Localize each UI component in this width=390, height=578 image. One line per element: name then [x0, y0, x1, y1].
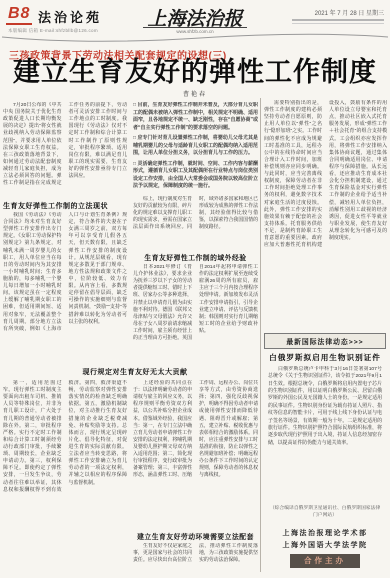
- article-intro-text: 7月20日公布的《中共中央 国务院关于优化生育政策促进人口长期均衡发展的决定》提…: [3, 102, 127, 196]
- article-byline: 曹艳春: [0, 89, 390, 98]
- news-headline: 白俄罗斯拟启用生物识别证件: [264, 352, 386, 363]
- news-body-text: 白俄罗斯总统卢卡申科于3月16日签署第107号总统令《关于生物识别证件》，该令拟…: [268, 366, 382, 500]
- org-line-newspaper-dept: 上海法治报理论学术部: [264, 528, 386, 538]
- publication-date: 2021 年 7 月 28 日 星期三: [315, 8, 384, 17]
- column-divider-rule: [260, 98, 261, 572]
- article-headline: 建立生育友好的弹性工作制度: [0, 59, 390, 86]
- section-heading-support: 建立生育友好劳动环境需要立法配套: [133, 531, 258, 541]
- masthead-rule: [143, 27, 247, 28]
- section-heading-contribution: 现行规定对生育友好无太大贡献: [60, 367, 210, 377]
- summary-bullet-box: □ 目前，生育友好弹性工作制并未普及，大部分育儿女职工的配偶未被纳入弹性工作制中…: [133, 102, 258, 192]
- summary-bullet: □ 目前，生育友好弹性工作制并未普及，大部分育儿女职工的配偶未被纳入弹性工作制中…: [133, 102, 258, 132]
- page-label-underline: [6, 23, 32, 25]
- article-continuation-text: 需要特别指出的是，弹性工作制度的建构必须坚持劳动者自愿原则，防止用人单位以“弹性…: [264, 100, 387, 328]
- article-contribution-text: 第一，适用范围过窄。现行弹性工时制度主要面向出租车司机、推销人员等特殊岗位，并非…: [3, 380, 127, 570]
- date-rule-thin: [292, 23, 384, 24]
- summary-bullet: □ 灵活确定弹性工作制，就时间、空间、工作内容与薪酬形式，遵循育儿女职工及其配偶…: [133, 161, 258, 191]
- article-proposal-text: 上述经验的共同点在于：以法律明确劳动者的申请权与雇主的回应义务，以程序规则平衡劳…: [133, 380, 258, 526]
- date-rule: [292, 19, 384, 21]
- section-heading-overseas: 生育友好弹性工作制的域外经验: [133, 252, 258, 262]
- header-swoosh-line: [0, 32, 390, 44]
- summary-bullet: □ 应专门针对育儿设置弹性工作制，将婴幼儿父母尤其是哺乳期婴儿的父母与适龄育儿女…: [133, 135, 258, 158]
- section-name: 法治论苑: [38, 7, 102, 26]
- news-column-header: 最新国际法律动态>>>: [264, 333, 386, 349]
- section-heading-legislation: 生育友好弹性工作制的立法现状: [3, 201, 127, 211]
- newspaper-page: B8 法治论苑 本版编辑 信箱 E-mail:shfzbllb@126.com …: [0, 0, 390, 578]
- article-overseas-text: 日本2021年修订《育儿介护休业法》，要求企业为抚养三岁以下子女的劳动者提供缩短…: [133, 264, 258, 362]
- article-closing-text: 生育友好不仅是家庭之事，更是国家与社会的共同责任。应尽快出台高位阶立法，推动弹性…: [133, 543, 258, 571]
- co-organizer-badge: 合作主办: [290, 554, 360, 568]
- article-transition-text: 综上，现行制度对生育友好的贡献较为有限，碎片化的规定难以支撑育儿职工的现实需求，…: [133, 196, 258, 246]
- org-line-law-school: 上海外国语大学法学院: [264, 540, 386, 550]
- article-legislation-text: 我国《劳动法》《劳动合同法》均未对生育友好型弹性工作安排作出专门规定。《女职工劳…: [3, 212, 127, 364]
- news-translation-credit: （综合编译自俄罗斯卫星通讯社、白俄罗斯国家法律门户网站）: [268, 505, 382, 519]
- page-number-label: B8: [8, 5, 30, 23]
